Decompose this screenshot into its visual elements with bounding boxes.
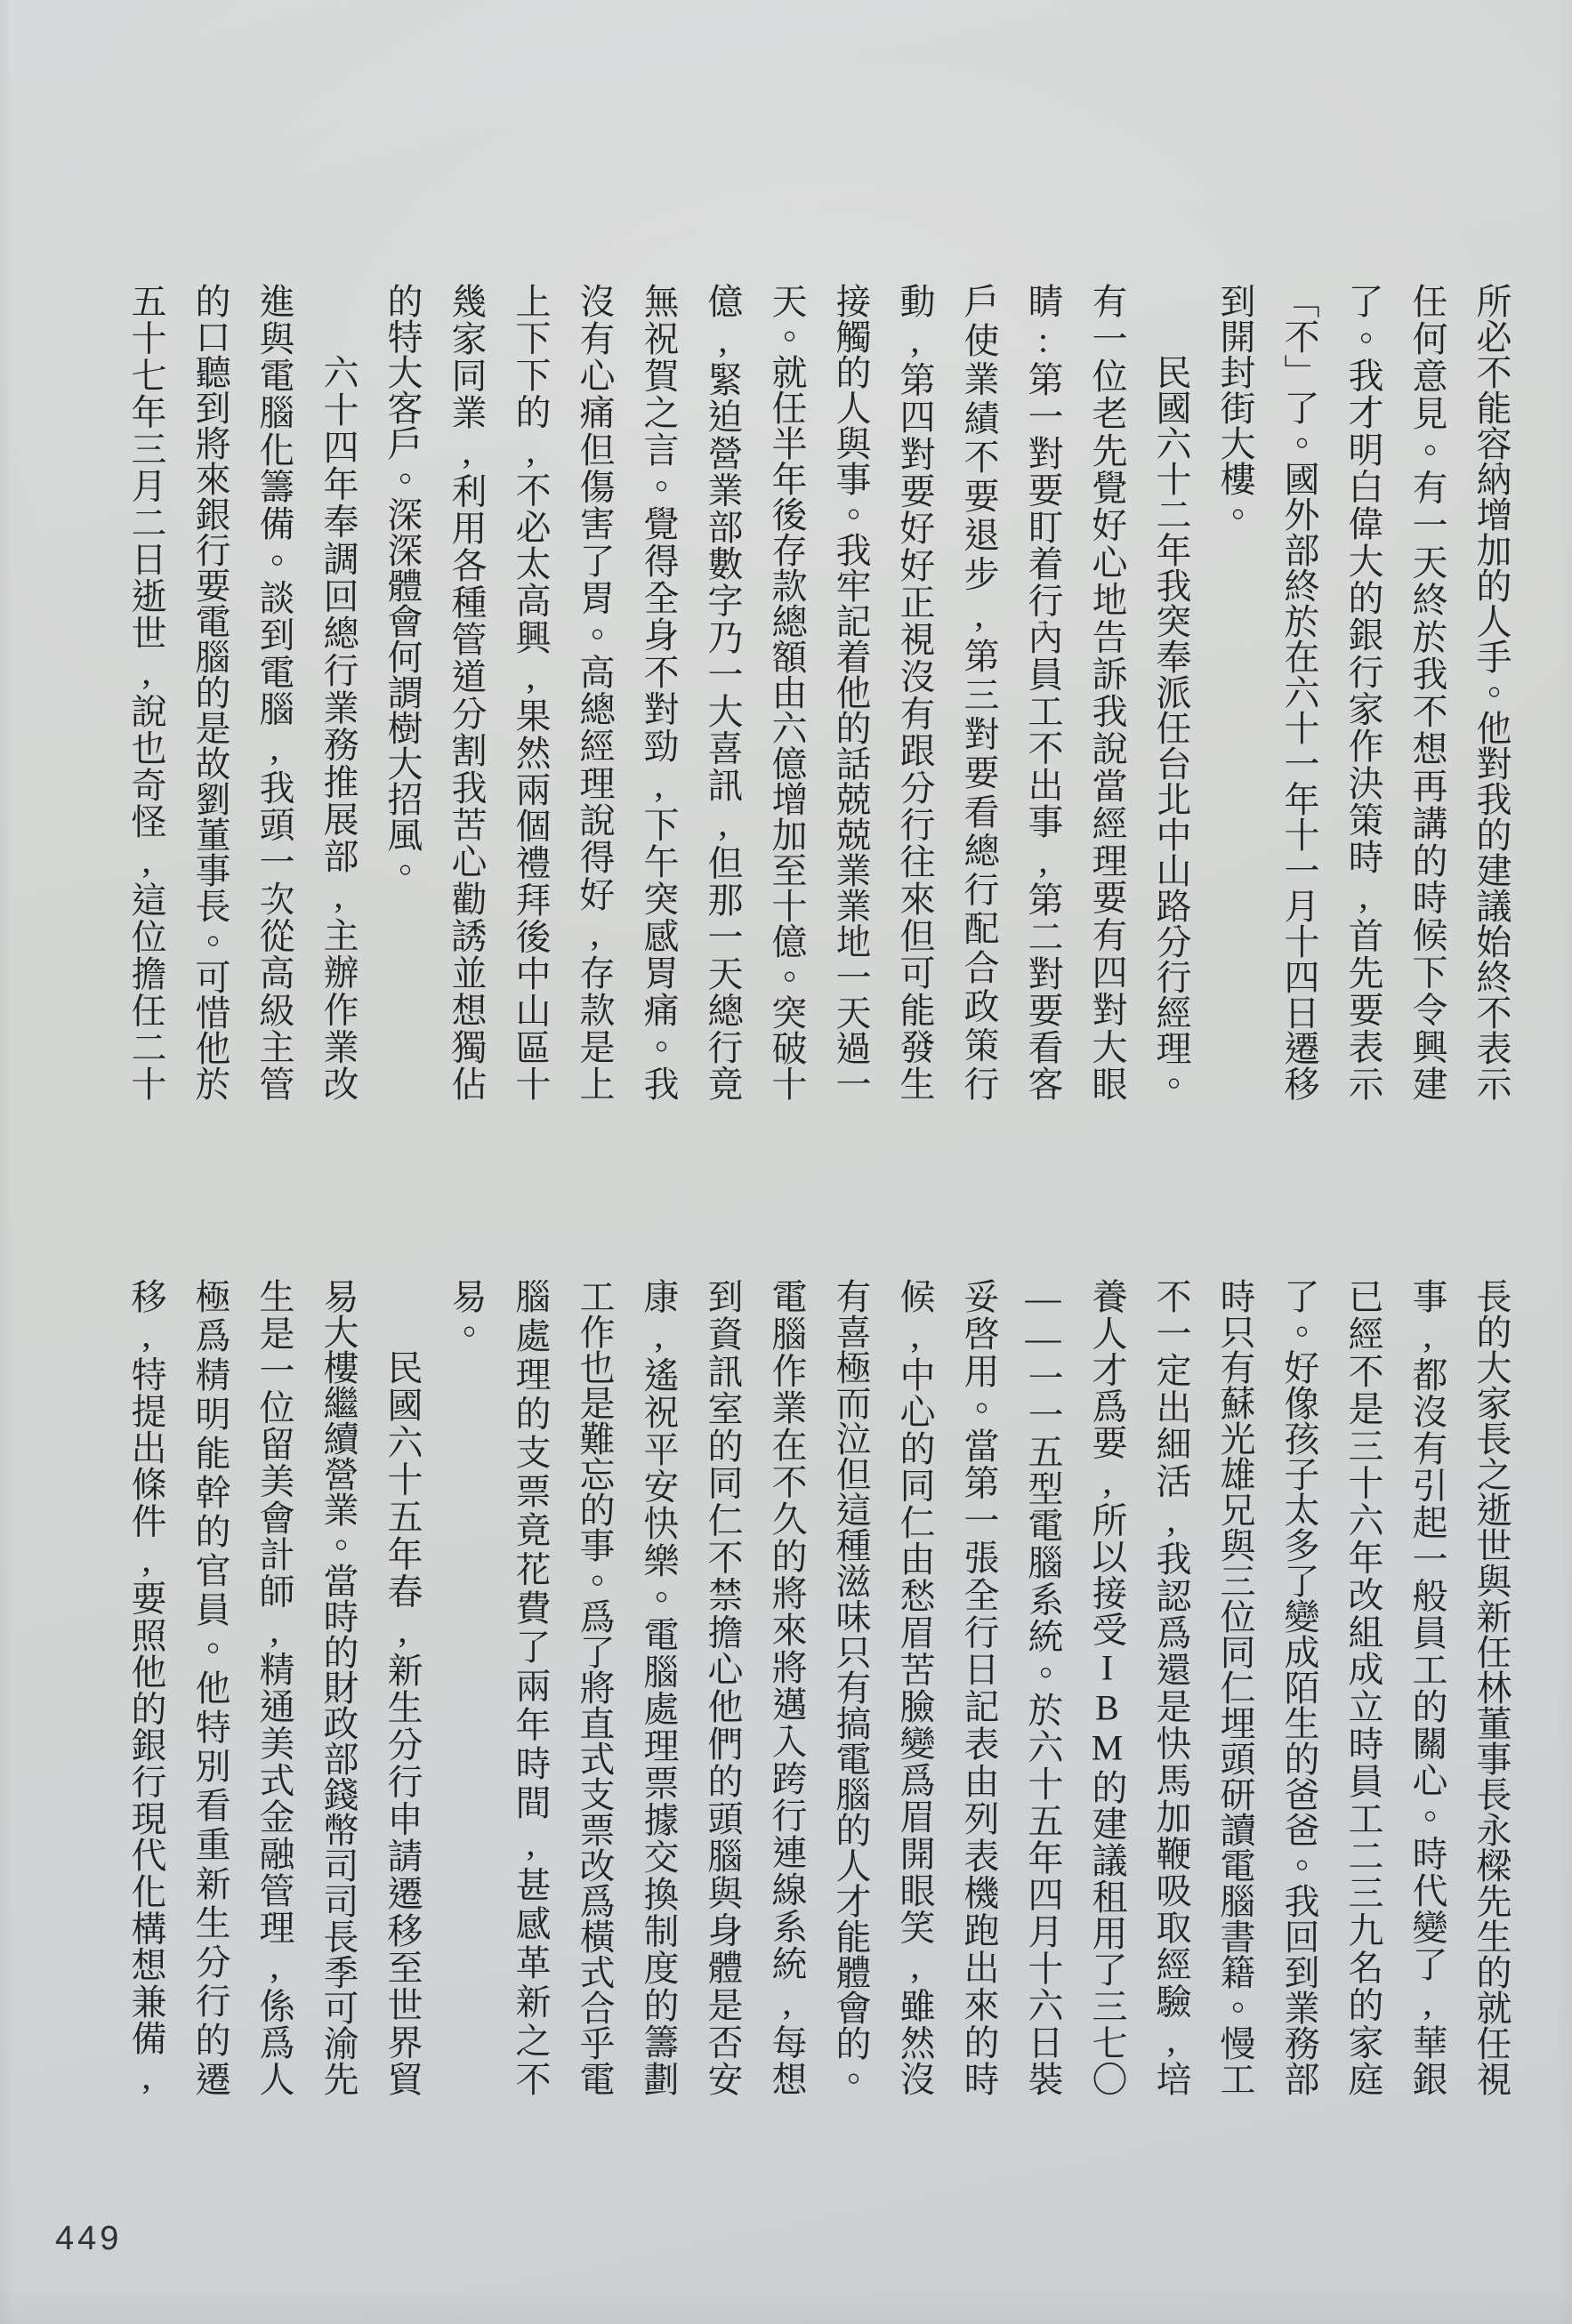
text-block-lower: 長的大家長之逝世與新任林董事長永樑先生的就任視事,都沒有引起一般員工的關心。時代… (107, 1278, 1523, 2096)
paragraph-minguo-65: 民國六十五年春,新生分行申請遷移至世界貿易大樓繼續營業。當時的財政部錢幣司司長季… (107, 1278, 434, 2096)
paragraph-continuation-lower: 長的大家長之逝世與新任林董事長永樑先生的就任視事,都沒有引起一般員工的關心。時代… (434, 1278, 1523, 2096)
paragraph-continuation: 所必不能容納增加的人手。他對我的建議始終不表示任何意見。有一天終於我不想再講的時… (1203, 283, 1523, 1101)
paragraph-minguo-62: 民國六十二年我突奉派任台北中山路分行經理。有一位老先覺好心地告訴我說當經理要有四… (370, 283, 1203, 1101)
paragraph-year-64: 六十四年奉調回總行業務推展部,主辦作業改進與電腦化籌備。談到電腦,我頭一次從高級… (107, 283, 370, 1101)
text-block-upper: 所必不能容納增加的人手。他對我的建議始終不表示任何意見。有一天終於我不想再講的時… (107, 283, 1523, 1101)
page-number: 449 (55, 2220, 122, 2258)
